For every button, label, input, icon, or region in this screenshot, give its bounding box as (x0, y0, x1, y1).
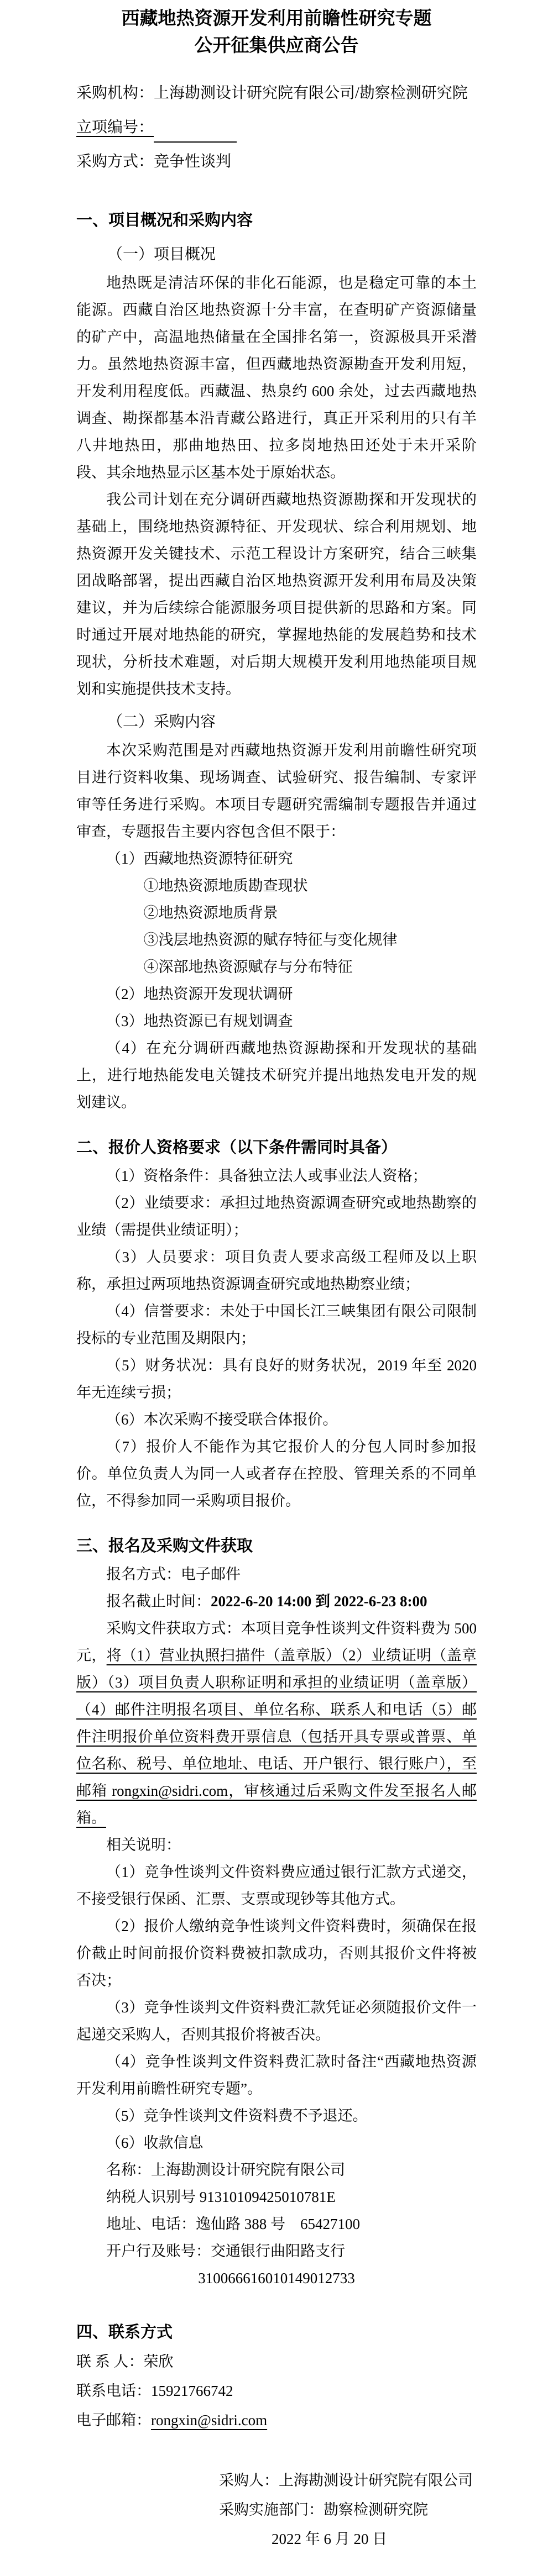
document-title-line-2: 公开征集供应商公告 (76, 33, 477, 60)
qualification-2: （2）业绩要求：承担过地热资源调查研究或地热勘察的业绩（需提供业绩证明）； (76, 1190, 477, 1244)
topic-item-1-4: ④深部地热资源赋存与分布特征 (76, 954, 477, 981)
registration-deadline-line: 报名截止时间：2022-6-20 14:00 到 2022-6-23 8:00 (76, 1588, 477, 1615)
implementing-department-line: 采购实施部门：勘察检测研究院 (76, 2495, 477, 2525)
contact-email-line: 电子邮箱：rongxin@sidri.com (76, 2406, 477, 2435)
section-2-heading: 二、报价人资格要求（以下条件需同时具备） (76, 1133, 477, 1163)
registration-deadline-line-label: 报名截止时间： (106, 1593, 211, 1610)
registration-method-line: 报名方式：电子邮件 (76, 1561, 477, 1588)
project-number-line-label: 立项编号： (76, 119, 154, 136)
qualification-6: （6）本次采购不接受联合体报价。 (76, 1406, 477, 1433)
document-page: 西藏地热资源开发利用前瞻性研究专题 公开征集供应商公告 采购机构：上海勘测设计研… (0, 0, 553, 2576)
qualification-1: （1）资格条件：具备独立法人或事业法人资格； (76, 1163, 477, 1190)
section-1-heading: 一、项目概况和采购内容 (76, 206, 477, 235)
section-1-2-heading: （二）采购内容 (76, 707, 477, 737)
registration-deadline-line-value: 2022-6-20 14:00 到 2022-6-23 8:00 (211, 1593, 427, 1610)
taxpayer-id-line: 纳税人识别号 91310109425010781E (76, 2184, 477, 2211)
document-acquisition-para-underlined: 将（1）营业执照扫描件（盖章版）（2）业绩证明（盖章版）（3）项目负责人职称证明… (76, 1647, 477, 1826)
notes-heading: 相关说明： (76, 1832, 477, 1859)
document-acquisition-para: 采购文件获取方式：本项目竞争性谈判文件资料费为 500 元，将（1）营业执照扫描… (76, 1615, 477, 1832)
project-overview-para-2: 我公司计划在充分调研西藏地热资源勘探和开发现状的基础上，围绕地热资源特征、开发现… (76, 486, 477, 703)
project-overview-para-1: 地热既是清洁环保的非化石能源，也是稳定可靠的本土能源。西藏自治区地热资源十分丰富… (76, 270, 477, 486)
procurement-content-intro: 本次采购范围是对西藏地热资源开发利用前瞻性研究项目进行资料收集、现场调查、试验研… (76, 737, 477, 845)
announcement-date-line: 2022 年 6 月 20 日 (76, 2525, 477, 2554)
note-5: （5）竞争性谈判文件资料费不予退还。 (76, 2102, 477, 2130)
bank-account-number: 310066616010149012733 (76, 2265, 477, 2292)
section-4-heading: 四、联系方式 (76, 2317, 477, 2347)
payee-name-line: 名称：上海勘测设计研究院有限公司 (76, 2157, 477, 2184)
qualification-4: （4）信誉要求：未处于中国长江三峡集团有限公司限制投标的专业范围及期限内； (76, 1298, 477, 1352)
contact-email-line-text: 电子邮箱： (76, 2412, 151, 2428)
project-number-line: 立项编号： (76, 111, 477, 145)
topic-item-1-3: ③浅层地热资源的赋存特征与变化规律 (76, 927, 477, 954)
contact-email-line-underlined: rongxin@sidri.com (151, 2412, 267, 2428)
note-2: （2）报价人缴纳竞争性谈判文件资料费时，须确保在报价截止时间前报价资料费被扣款成… (76, 1913, 477, 1994)
note-3: （3）竞争性谈判文件资料费汇款凭证必须随报价文件一起递交采购人，否则其报价将被否… (76, 1994, 477, 2048)
section-1-1-heading: （一）项目概况 (76, 240, 477, 270)
note-4: （4）竞争性谈判文件资料费汇款时备注“西藏地热资源开发利用前瞻性研究专题”。 (76, 2048, 477, 2102)
topic-item-1: （1）西藏地热资源特征研究 (76, 845, 477, 872)
section-3-heading: 三、报名及采购文件获取 (76, 1531, 477, 1561)
document-body: 采购机构：上海勘测设计研究院有限公司/勘察检测研究院立项编号：采购方式：竞争性谈… (76, 76, 477, 2554)
purchaser-line: 采购人：上海勘测设计研究院有限公司 (76, 2466, 477, 2495)
topic-item-3: （3）地热资源已有规划调查 (76, 1008, 477, 1035)
topic-item-2: （2）地热资源开发现状调研 (76, 981, 477, 1008)
procurement-method-line: 采购方式：竞争性谈判 (76, 145, 477, 179)
note-6: （6）收款信息 (76, 2130, 477, 2157)
contact-person-line: 联 系 人：荣欣 (76, 2347, 477, 2377)
qualification-3: （3）人员要求：项目负责人要求高级工程师及以上职称，承担过两项地热资源调查研究或… (76, 1244, 477, 1298)
bank-branch-line: 开户行及账号：交通银行曲阳路支行 (76, 2238, 477, 2265)
address-phone-line: 地址、电话：逸仙路 388 号 65427100 (76, 2211, 477, 2238)
topic-item-4: （4）在充分调研西藏地热资源勘探和开发现状的基础上，进行地热能发电关键技术研究并… (76, 1035, 477, 1116)
qualification-5: （5）财务状况：具有良好的财务状况，2019 年至 2020 年无连续亏损； (76, 1352, 477, 1406)
qualification-7: （7）报价人不能作为其它报价人的分包人同时参加报价。单位负责人为同一人或者存在控… (76, 1433, 477, 1515)
topic-item-1-1: ①地热资源地质勘查现状 (76, 872, 477, 900)
document-title-line-1: 西藏地热资源开发利用前瞻性研究专题 (76, 6, 477, 33)
purchasing-agency-line: 采购机构：上海勘测设计研究院有限公司/勘察检测研究院 (76, 76, 477, 111)
contact-phone-line: 联系电话：15921766742 (76, 2377, 477, 2406)
topic-item-1-2: ②地热资源地质背景 (76, 900, 477, 927)
note-1: （1）竞争性谈判文件资料费应通过银行汇款方式递交，不接受银行保函、汇票、支票或现… (76, 1859, 477, 1913)
project-number-blank (154, 125, 237, 143)
